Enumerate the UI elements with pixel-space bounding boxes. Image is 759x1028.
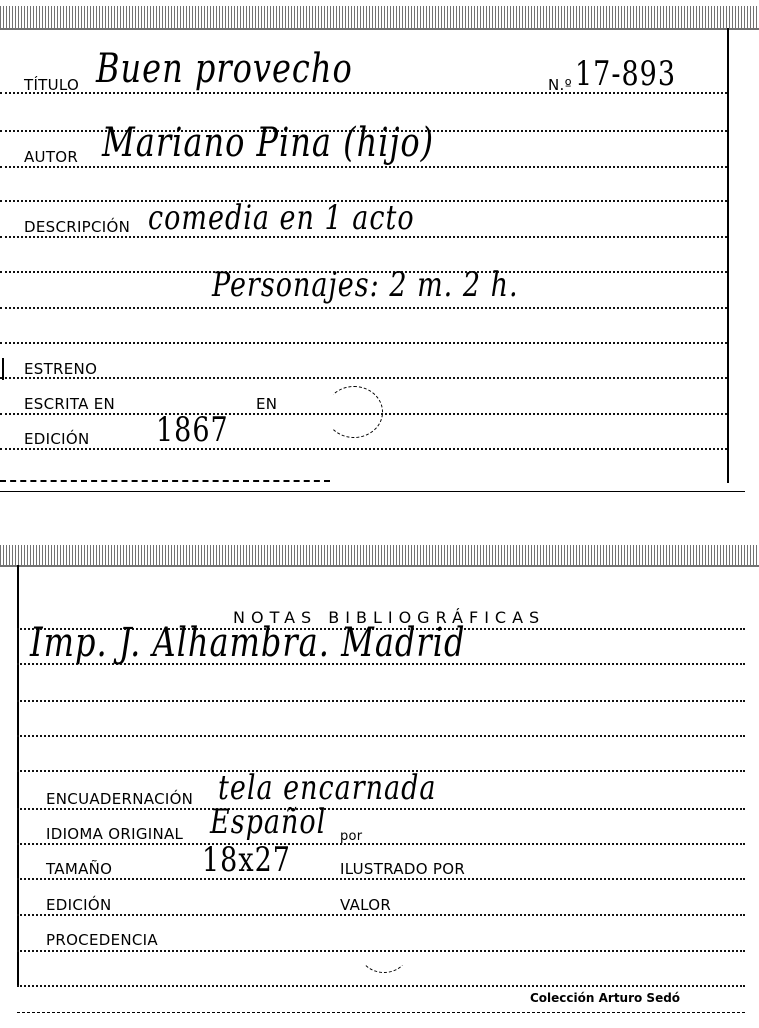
card-front-right-border	[727, 28, 729, 483]
rule-line	[17, 700, 745, 702]
idioma-original-value: Español	[210, 805, 326, 839]
idioma-por-label: por	[340, 830, 362, 843]
encuadernacion-value: tela encarnada	[218, 771, 437, 805]
collection-credit: Colección Arturo Sedó	[530, 991, 680, 1005]
rule-line	[0, 166, 727, 168]
personajes-value: Personajes: 2 m. 2 h.	[212, 268, 519, 302]
ink-stamp-mark	[325, 386, 383, 438]
autor-label: AUTOR	[24, 150, 78, 165]
rule-line-faint	[0, 480, 330, 482]
valor-label: VALOR	[340, 898, 391, 913]
rule-line	[17, 878, 745, 880]
edicion-label: EDICIÓN	[24, 432, 89, 447]
rule-line	[17, 808, 745, 810]
rule-line	[0, 342, 727, 344]
rule-line	[0, 448, 727, 450]
tamano-value: 18x27	[202, 843, 291, 877]
idioma-original-label: IDIOMA ORIGINAL	[46, 827, 183, 842]
card-front-bottom-edge	[0, 491, 745, 492]
edicion-back-label: EDICIÓN	[46, 898, 111, 913]
procedencia-label: PROCEDENCIA	[46, 933, 158, 948]
encuadernacion-label: ENCUADERNACIÓN	[46, 792, 193, 807]
card-back-edge-noise	[0, 545, 759, 567]
descripcion-value: comedia en 1 acto	[148, 201, 415, 235]
rule-line	[0, 377, 727, 379]
estreno-label: ESTRENO	[24, 362, 97, 377]
ilustrado-por-label: ILUSTRADO POR	[340, 862, 465, 877]
rule-line	[17, 735, 745, 737]
descripcion-label: DESCRIPCIÓN	[24, 220, 130, 235]
rule-line	[17, 985, 745, 987]
card-front-edge-noise	[0, 6, 759, 30]
rule-line	[17, 843, 745, 845]
notas-value: Imp. J. Alhambra. Madrid	[30, 622, 465, 662]
autor-value: Mariano Pina (hijo)	[102, 122, 434, 162]
en-label: EN	[256, 397, 277, 412]
numero-label: N.º	[548, 78, 572, 93]
edicion-value: 1867	[156, 413, 229, 447]
escrita-en-label: ESCRITA EN	[24, 397, 115, 412]
rule-line	[17, 914, 745, 916]
titulo-label: TÍTULO	[24, 78, 79, 93]
tamano-label: TAMAÑO	[46, 862, 112, 877]
titulo-value: Buen provecho	[96, 48, 353, 88]
rule-line-faint	[17, 1012, 745, 1013]
rule-line	[0, 307, 727, 309]
numero-value: 17-893	[575, 57, 676, 91]
ink-stamp-mark	[358, 925, 410, 973]
